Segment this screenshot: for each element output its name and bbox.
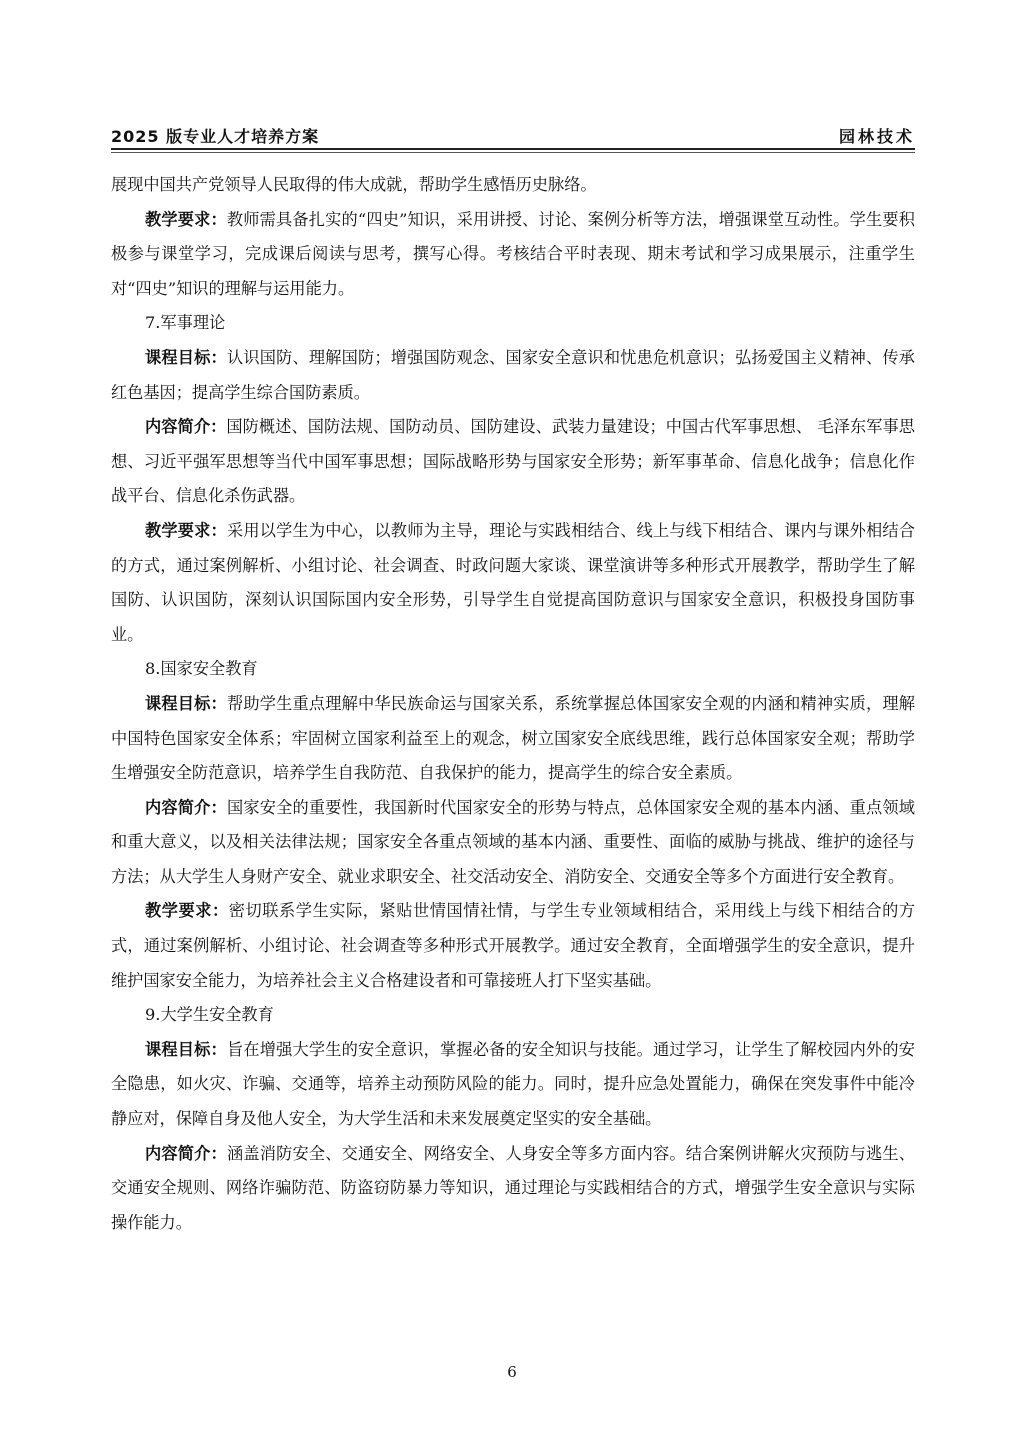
paragraph-label: 课程目标： <box>145 1040 227 1059</box>
paragraph-text: 采用以学生为中心，以教师为主导，理论与实践相结合、线上与线下相结合、课内与课外相… <box>111 521 915 644</box>
major-name: 园林技术 <box>839 124 915 147</box>
header-rule <box>111 148 915 153</box>
paragraph-text: 认识国防、理解国防；增强国防观念、国家安全意识和忧患危机意识；弘扬爱国主义精神、… <box>111 348 915 402</box>
paragraph-text: 展现中国共产党领导人民取得的伟大成就，帮助学生感悟历史脉络。 <box>111 175 597 194</box>
paragraph-content-summary: 内容简介：国家安全的重要性，我国新时代国家安全的形势与特点，总体国家安全观的基本… <box>111 791 915 895</box>
paragraph-course-objective: 课程目标：旨在增强大学生的安全意识，掌握必备的安全知识与技能。通过学习，让学生了… <box>111 1033 915 1137</box>
paragraph-label: 内容简介： <box>145 1144 227 1163</box>
section-heading-national-security: 8.国家安全教育 <box>111 652 915 687</box>
paragraph-continuation: 展现中国共产党领导人民取得的伟大成就，帮助学生感悟历史脉络。 <box>111 168 915 203</box>
paragraph-label: 课程目标： <box>145 694 227 713</box>
document-title: 2025 版专业人才培养方案 <box>111 124 319 147</box>
paragraph-text: 涵盖消防安全、交通安全、网络安全、人身安全等多方面内容。结合案例讲解火灾预防与逃… <box>111 1144 915 1232</box>
paragraph-text: 国防概述、国防法规、国防动员、国防建设、武装力量建设；中国古代军事思想、 毛泽东… <box>111 417 915 505</box>
section-heading-student-safety: 9.大学生安全教育 <box>111 998 915 1033</box>
paragraph-teaching-requirements: 教学要求：密切联系学生实际，紧贴世情国情社情，与学生专业领域相结合，采用线上与线… <box>111 894 915 998</box>
paragraph-label: 内容简介： <box>145 798 227 817</box>
paragraph-label: 课程目标： <box>145 348 227 367</box>
paragraph-teaching-requirements: 教学要求：采用以学生为中心，以教师为主导，理论与实践相结合、线上与线下相结合、课… <box>111 514 915 652</box>
paragraph-label: 教学要求： <box>145 901 229 920</box>
page-number: 6 <box>0 1363 1024 1381</box>
paragraph-content-summary: 内容简介：涵盖消防安全、交通安全、网络安全、人身安全等多方面内容。结合案例讲解火… <box>111 1137 915 1241</box>
paragraph-text: 国家安全的重要性，我国新时代国家安全的形势与特点，总体国家安全观的基本内涵、重点… <box>111 798 915 886</box>
paragraph-course-objective: 课程目标：认识国防、理解国防；增强国防观念、国家安全意识和忧患危机意识；弘扬爱国… <box>111 341 915 410</box>
section-heading-text: 7.军事理论 <box>145 313 225 332</box>
section-heading-military-theory: 7.军事理论 <box>111 306 915 341</box>
paragraph-course-objective: 课程目标：帮助学生重点理解中华民族命运与国家关系，系统掌握总体国家安全观的内涵和… <box>111 687 915 791</box>
paragraph-label: 教学要求： <box>145 521 227 540</box>
paragraph-text: 密切联系学生实际，紧贴世情国情社情，与学生专业领域相结合，采用线上与线下相结合的… <box>111 901 915 989</box>
paragraph-text: 帮助学生重点理解中华民族命运与国家关系，系统掌握总体国家安全观的内涵和精神实质，… <box>111 694 915 782</box>
paragraph-text: 教师需具备扎实的“四史”知识，采用讲授、讨论、案例分析等方法，增强课堂互动性。学… <box>111 210 915 298</box>
paragraph-text: 旨在增强大学生的安全意识，掌握必备的安全知识与技能。通过学习，让学生了解校园内外… <box>111 1040 915 1128</box>
section-heading-text: 9.大学生安全教育 <box>145 1005 274 1024</box>
paragraph-content-summary: 内容简介：国防概述、国防法规、国防动员、国防建设、武装力量建设；中国古代军事思想… <box>111 410 915 514</box>
paragraph-teaching-requirements: 教学要求：教师需具备扎实的“四史”知识，采用讲授、讨论、案例分析等方法，增强课堂… <box>111 203 915 307</box>
paragraph-label: 内容简介： <box>145 417 226 436</box>
paragraph-label: 教学要求： <box>145 210 227 229</box>
section-heading-text: 8.国家安全教育 <box>145 659 258 678</box>
page-header: 2025 版专业人才培养方案 园林技术 <box>111 122 915 146</box>
page-body: 展现中国共产党领导人民取得的伟大成就，帮助学生感悟历史脉络。 教学要求：教师需具… <box>111 168 915 1240</box>
